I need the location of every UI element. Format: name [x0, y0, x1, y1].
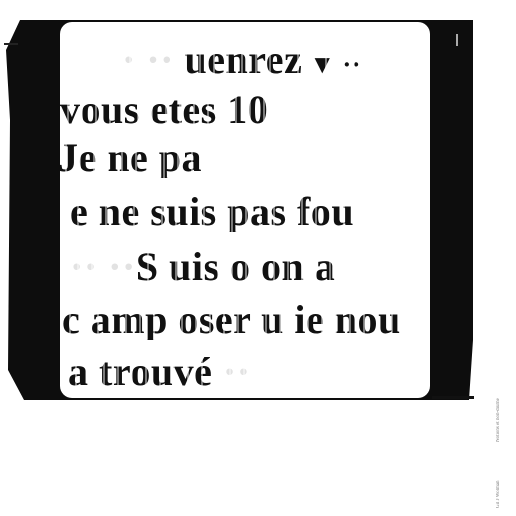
- line-suffix: ··: [223, 349, 251, 394]
- line-suffix: ▼ ··: [302, 50, 361, 79]
- spine-title: Notions et non-diurne: [496, 398, 501, 442]
- line-prefix: · ··: [122, 37, 185, 82]
- line-text: S uis o on a: [136, 244, 335, 289]
- frame-bottom-line: [432, 396, 474, 399]
- line-text: uenrez: [185, 37, 303, 82]
- line-text: a trouvé: [68, 349, 223, 394]
- spine-text: Gil J Wolman Notions et non-diurne: [496, 398, 501, 508]
- text-line-4: e ne suis pas fou: [70, 192, 354, 232]
- text-line-1: · ·· uenrez ▼ ··: [122, 40, 361, 85]
- left-edge-mark: [4, 43, 18, 45]
- line-text: vous etes 10: [60, 87, 268, 132]
- line-prefix: ·· ··: [70, 244, 136, 289]
- line-text: c amp oser u ie nou: [62, 297, 401, 342]
- text-card: · ·· uenrez ▼ ·· vous etes 10 Je ne pa e…: [60, 22, 430, 398]
- text-line-3: Je ne pa: [60, 138, 202, 178]
- text-line-6: c amp oser u ie nou: [62, 300, 401, 340]
- right-edge-mark: [456, 34, 458, 46]
- text-line-5: ·· ··S uis o on a: [70, 247, 335, 287]
- text-line-7: a trouvé ··: [68, 352, 251, 392]
- text-line-2: vous etes 10: [60, 90, 268, 130]
- spine-artist: Gil J Wolman: [496, 480, 501, 508]
- line-text: e ne suis pas fou: [70, 189, 354, 234]
- line-text: Je ne pa: [60, 135, 202, 180]
